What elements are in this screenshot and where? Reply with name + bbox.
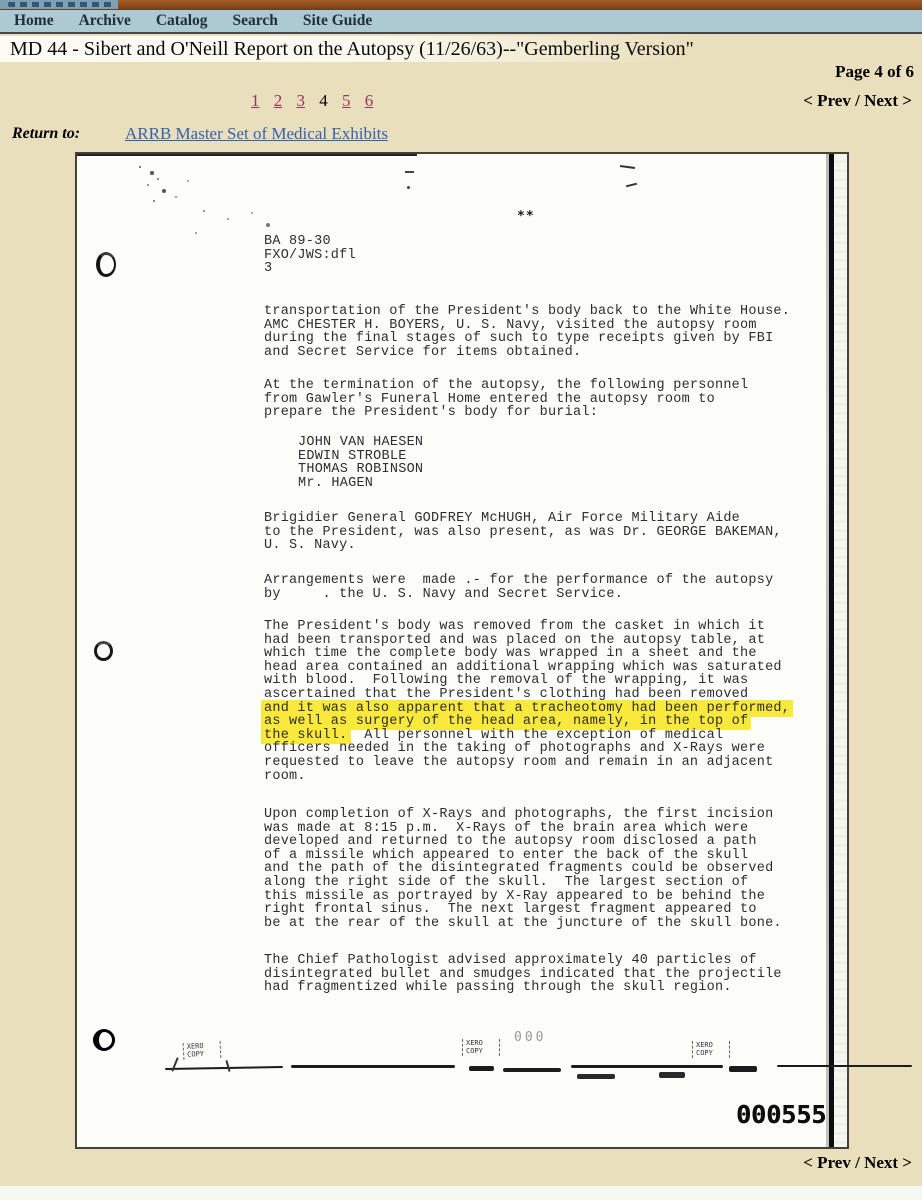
- doc-line: head area contained an additional wrappi…: [264, 661, 790, 675]
- scan-stray-mark: [620, 165, 635, 169]
- smudge-line: [469, 1066, 494, 1071]
- main-navigation: Home Archive Catalog Search Site Guide: [0, 10, 922, 34]
- doc-line: and Secret Service for items obtained.: [264, 346, 790, 360]
- top-brown-strip: [0, 0, 922, 10]
- typewritten-paragraph: At the termination of the autopsy, the f…: [264, 379, 748, 420]
- xero-copy-stamp: XERO COPY: [183, 1041, 222, 1060]
- smudge-line: [571, 1065, 723, 1068]
- doc-line: The Chief Pathologist advised approximat…: [264, 954, 782, 968]
- doc-line: which time the complete body was wrapped…: [264, 647, 790, 661]
- bottom-strip: [0, 1186, 922, 1200]
- typewritten-paragraph: Upon completion of X-Rays and photograph…: [264, 808, 782, 930]
- page-link-6[interactable]: 6: [365, 91, 374, 110]
- doc-line: ascertained that the President's clothin…: [264, 688, 790, 702]
- return-to-link[interactable]: ARRB Master Set of Medical Exhibits: [125, 124, 388, 144]
- smudge-line: [291, 1065, 455, 1068]
- doc-line: had been transported and was placed on t…: [264, 634, 790, 648]
- doc-line: from Gawler's Funeral Home entered the a…: [264, 393, 748, 407]
- page-current-4: 4: [319, 91, 328, 110]
- nav-item-archive[interactable]: Archive: [79, 12, 131, 30]
- doc-line: prepare the President's body for burial:: [264, 406, 748, 420]
- xero-copy-stamp: XERO COPY: [462, 1039, 500, 1056]
- typewritten-paragraph: The Chief Pathologist advised approximat…: [264, 954, 782, 995]
- doc-line: was made at 8:15 p.m. X-Rays of the brai…: [264, 822, 782, 836]
- smudge-line: [729, 1066, 757, 1072]
- doc-line: 3: [264, 262, 356, 276]
- scan-speckles: [139, 166, 141, 168]
- hole-punch-icon: [96, 252, 116, 277]
- nav-item-home[interactable]: Home: [14, 12, 54, 30]
- smudge-line: [659, 1072, 685, 1078]
- doc-line: room.: [264, 770, 790, 784]
- doc-line: during the final stages of such to type …: [264, 332, 790, 346]
- doc-line: The President's body was removed from th…: [264, 620, 790, 634]
- scan-stray-mark: [626, 183, 637, 188]
- doc-line: transportation of the President's body b…: [264, 305, 790, 319]
- doc-line: Arrangements were made .- for the perfor…: [264, 574, 773, 588]
- hole-punch-icon: [94, 641, 113, 661]
- doc-line: to the President, was also present, as w…: [264, 526, 782, 540]
- page-link-2[interactable]: 2: [274, 91, 283, 110]
- stamp-text: COPY: [187, 1050, 217, 1059]
- smudge-line: [777, 1065, 912, 1067]
- doc-line: be at the rear of the skull at the junct…: [264, 917, 782, 931]
- nav-item-site-guide[interactable]: Site Guide: [303, 12, 372, 30]
- page-indicator: Page 4 of 6: [835, 62, 914, 82]
- doc-line: Upon completion of X-Rays and photograph…: [264, 808, 782, 822]
- doc-line: of a missile which appeared to enter the…: [264, 849, 782, 863]
- doc-line: had fragmentized while passing through t…: [264, 981, 782, 995]
- doc-line: developed and returned to the autopsy ro…: [264, 835, 782, 849]
- scan-binding-line: [829, 154, 834, 1147]
- page-link-3[interactable]: 3: [297, 91, 306, 110]
- scan-edge-artifact: [77, 154, 417, 156]
- doc-line: along the right side of the skull. The l…: [264, 876, 782, 890]
- nav-item-search[interactable]: Search: [233, 12, 278, 30]
- scan-stray-mark: [407, 186, 410, 189]
- smudge-line: [165, 1066, 283, 1070]
- document-serial-number: 000555: [736, 1100, 826, 1129]
- doc-line: disintegrated bullet and smudges indicat…: [264, 968, 782, 982]
- doc-line: right frontal sinus. The next largest fr…: [264, 903, 782, 917]
- typewritten-paragraph: Brigidier General GODFREY McHUGH, Air Fo…: [264, 512, 782, 553]
- typewritten-paragraph: JOHN VAN HAESENEDWIN STROBLETHOMAS ROBIN…: [298, 436, 423, 490]
- doc-line: the skull. All personnel with the except…: [264, 729, 790, 743]
- doc-line: and the path of the disintegrated fragme…: [264, 862, 782, 876]
- doc-line: as well as surgery of the head area, nam…: [264, 715, 790, 729]
- typewritten-paragraph: transportation of the President's body b…: [264, 305, 790, 359]
- doc-line: this missile as portrayed by X-Ray appea…: [264, 890, 782, 904]
- doc-line: with blood. Following the removal of the…: [264, 674, 790, 688]
- document-scan: ** XERO COPY XERO COPY XERO COPY 000 000…: [75, 152, 849, 1149]
- doc-line: Brigidier General GODFREY McHUGH, Air Fo…: [264, 512, 782, 526]
- double-asterisk-mark: **: [517, 209, 535, 224]
- doc-line: BA 89-30: [264, 235, 356, 249]
- pagination: 1 2 3 4 5 6: [246, 91, 378, 111]
- page: Home Archive Catalog Search Site Guide M…: [0, 0, 922, 1200]
- doc-line: officers needed in the taking of photogr…: [264, 742, 790, 756]
- doc-line: AMC CHESTER H. BOYERS, U. S. Navy, visit…: [264, 319, 790, 333]
- doc-line: Mr. HAGEN: [298, 477, 423, 491]
- smudge-line: [577, 1074, 615, 1079]
- page-link-1[interactable]: 1: [251, 91, 260, 110]
- scan-stray-mark: [405, 171, 414, 173]
- typewritten-paragraph: The President's body was removed from th…: [264, 620, 790, 783]
- faint-stamp-number: 000: [514, 1030, 546, 1045]
- typewritten-paragraph: Arrangements were made .- for the perfor…: [264, 574, 773, 601]
- prev-next-link-top[interactable]: < Prev / Next >: [803, 91, 912, 111]
- doc-line: EDWIN STROBLE: [298, 450, 423, 464]
- nav-item-catalog[interactable]: Catalog: [156, 12, 208, 30]
- smudge-line: [503, 1068, 561, 1072]
- doc-line: JOHN VAN HAESEN: [298, 436, 423, 450]
- xero-copy-stamp: XERO COPY: [692, 1041, 730, 1058]
- page-title: MD 44 - Sibert and O'Neill Report on the…: [10, 36, 710, 62]
- return-to-label: Return to:: [12, 125, 80, 143]
- doc-line: FXO/JWS:dfl: [264, 249, 356, 263]
- doc-line: At the termination of the autopsy, the f…: [264, 379, 748, 393]
- page-link-5[interactable]: 5: [342, 91, 351, 110]
- doc-line: THOMAS ROBINSON: [298, 463, 423, 477]
- typewritten-paragraph: BA 89-30FXO/JWS:dfl3: [264, 235, 356, 276]
- stamp-text: COPY: [696, 1050, 726, 1058]
- hole-punch-icon: [93, 1029, 115, 1051]
- stamp-text: COPY: [466, 1048, 496, 1056]
- banner-image-fragment: [0, 0, 118, 9]
- prev-next-link-bottom[interactable]: < Prev / Next >: [803, 1153, 912, 1173]
- doc-line: by . the U. S. Navy and Secret Service.: [264, 588, 773, 602]
- doc-line: requested to leave the autopsy room and …: [264, 756, 790, 770]
- doc-line: U. S. Navy.: [264, 539, 782, 553]
